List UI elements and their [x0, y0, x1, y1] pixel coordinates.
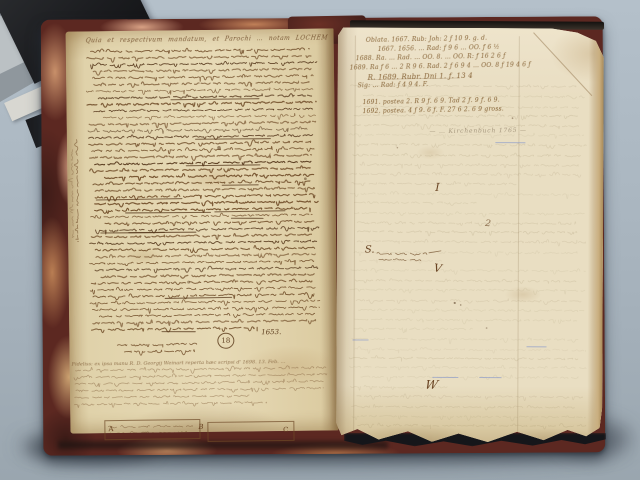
account-line-3: 1688. Ra. … Rad. … OO. 8. … OO. R: ƒ 16 … — [356, 52, 506, 62]
blue-pencil-line-1 — [495, 142, 525, 143]
blue-pencil-line-3 — [432, 377, 458, 378]
fold-line-left — [353, 35, 356, 435]
stamp-box-a: A — [104, 419, 200, 440]
stamp-box-c-label: C — [283, 426, 288, 434]
blue-pencil-line-4 — [479, 377, 501, 378]
account-line-7: 1691. postea 2. R 9 ƒ. 6 9. Tad 2 ƒ. 9 ƒ… — [363, 97, 500, 107]
fold-line-right — [517, 36, 520, 436]
handwriting-strokes-left — [66, 28, 339, 433]
stamp-box-divider-mark: B — [198, 423, 203, 431]
two-mark: 2 — [485, 219, 492, 230]
page-number-circle: 18 — [217, 333, 234, 349]
bleedthrough-strokes-right — [336, 27, 604, 444]
left-manuscript-page: Quia et respectivum mandatum, et Parochi… — [66, 28, 339, 433]
account-line-8: 1692. postea. 4 ƒ 9. 6 ƒ. F. 27 6 2. 6 9… — [362, 106, 504, 116]
v-shelf-mark: V — [433, 261, 443, 275]
corner-crease — [533, 32, 592, 96]
page-number: 18 — [221, 337, 230, 345]
account-line-2: 1667. 1656. … Rad: ƒ 9 6 … OO. ƒ 6 ½ — [378, 44, 500, 53]
account-line-1: Oblata. 1667. Rub: Joh: 2 ƒ 10 9. g. d. — [366, 35, 487, 44]
photograph-scene: Quia et respectivum mandatum, et Parochi… — [0, 0, 640, 480]
i-shelf-mark: I — [435, 181, 439, 194]
account-line-6: Sig: … Rad: ƒ 4 9 4. F. — [358, 81, 429, 89]
page-heading: Quia et respectivum mandatum, et Parochi… — [85, 34, 328, 44]
s-note-initial: S. — [365, 245, 375, 256]
blue-pencil-line-5 — [353, 339, 369, 340]
stamp-box-c: C — [207, 421, 294, 442]
pencil-inscription: — … Kirchenbuch 1765 — — [429, 126, 579, 135]
closing-date: 1653. — [261, 328, 281, 336]
stamp-box-a-label: A — [108, 425, 113, 433]
right-manuscript-page: Oblata. 1667. Rub: Joh: 2 ƒ 10 9. g. d. … — [336, 27, 604, 444]
shadow-under-left-page — [58, 441, 388, 449]
latin-note-first-line: Fideliss: ex ipsa manu R. D. Georgij Wei… — [72, 358, 334, 367]
w-shelf-mark: W — [424, 378, 439, 392]
account-line-4: 1689. Ra ƒ 6 … 2 R 9 6. Rad. 2 ƒ 6 9 4 …… — [350, 61, 531, 71]
blue-pencil-line-2 — [527, 346, 547, 347]
